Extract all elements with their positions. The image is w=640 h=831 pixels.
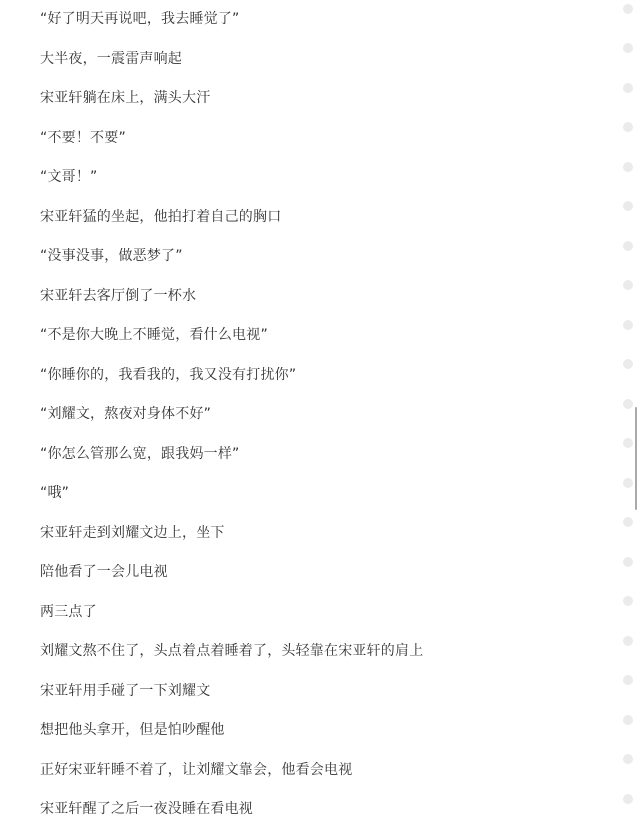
paragraph: 刘耀文熬不住了，头点着点着睡着了，头轻靠在宋亚轩的肩上 [40,641,423,661]
marker-dot-icon[interactable] [623,715,633,725]
marker-dot-icon[interactable] [623,83,633,93]
paragraph: “没事没事，做恶梦了” [40,246,183,266]
marker-dot-icon[interactable] [623,596,633,606]
paragraph: 正好宋亚轩睡不着了，让刘耀文靠会，他看会电视 [40,760,352,780]
paragraph: “不要！不要” [40,128,126,148]
marker-dot-icon[interactable] [623,122,633,132]
marker-dot-icon[interactable] [623,4,633,14]
marker-dot-icon[interactable] [623,794,633,804]
paragraph: 宋亚轩猛的坐起，他拍打着自己的胸口 [40,207,281,227]
paragraph: 宋亚轩去客厅倒了一杯水 [40,286,196,306]
paragraph: “哦” [40,483,69,503]
paragraph: “刘耀文，熬夜对身体不好” [40,404,211,424]
paragraph: 两三点了 [40,602,97,622]
marker-dot-icon[interactable] [623,517,633,527]
marker-dot-icon[interactable] [623,162,633,172]
marker-dot-icon[interactable] [623,359,633,369]
paragraph: 宋亚轩走到刘耀文边上，坐下 [40,523,225,543]
marker-dot-icon[interactable] [623,43,633,53]
paragraph-markers [623,0,633,831]
paragraph: “你睡你的，我看我的，我又没有打扰你” [40,365,296,385]
marker-dot-icon[interactable] [623,557,633,567]
paragraph: “好了明天再说吧，我去睡觉了” [40,9,240,29]
paragraph: 大半夜，一震雷声响起 [40,49,182,69]
marker-dot-icon[interactable] [623,636,633,646]
vertical-scrollbar[interactable] [635,407,637,510]
paragraph: 想把他头拿开，但是怕吵醒他 [40,720,225,740]
paragraph: 陪他看了一会儿电视 [40,562,168,582]
marker-dot-icon[interactable] [623,399,633,409]
marker-dot-icon[interactable] [623,320,633,330]
marker-dot-icon[interactable] [623,280,633,290]
paragraph: “不是你大晚上不睡觉，看什么电视” [40,325,268,345]
paragraph: 宋亚轩醒了之后一夜没睡在看电视 [40,799,253,819]
marker-dot-icon[interactable] [623,438,633,448]
marker-dot-icon[interactable] [623,241,633,251]
paragraph: 宋亚轩躺在床上，满头大汗 [40,88,210,108]
paragraph: “你怎么管那么宽，跟我妈一样” [40,444,240,464]
marker-dot-icon[interactable] [623,754,633,764]
paragraph: 宋亚轩用手碰了一下刘耀文 [40,681,210,701]
paragraph: “文哥！” [40,167,98,187]
marker-dot-icon[interactable] [623,478,633,488]
marker-dot-icon[interactable] [623,201,633,211]
marker-dot-icon[interactable] [623,675,633,685]
